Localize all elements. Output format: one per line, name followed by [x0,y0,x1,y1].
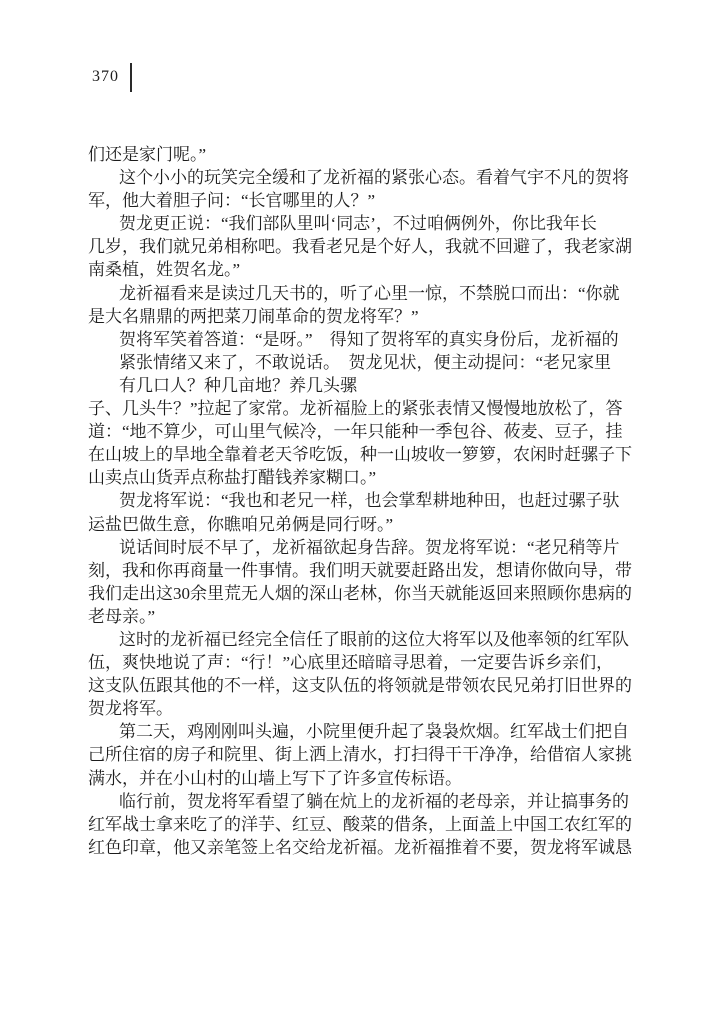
text-line: 这时的龙祈福已经完全信任了眼前的这位大将军以及他率领的红军队 [88,628,636,651]
text-line: 这个小小的玩笑完全缓和了龙祈福的紧张心态。看着气宇不凡的贺将 [88,166,636,189]
text-line: 己所住宿的房子和院里、街上洒上清水，打扫得干干净净，给借宿人家挑 [88,743,636,766]
text-line: 红色印章，他又亲笔签上名交给龙祈福。龙祈福推着不要，贺龙将军诚恳 [88,836,636,859]
book-page: 370 们还是家门呢。”这个小小的玩笑完全缓和了龙祈福的紧张心态。看着气宇不凡的… [0,0,715,1010]
text-line: 伍，爽快地说了声：“行！”心底里还暗暗寻思着，一定要告诉乡亲们， [88,651,636,674]
text-line: 我们走出这30余里荒无人烟的深山老林，你当天就能返回来照顾你患病的 [88,582,636,605]
page-number-block: 370 [92,62,132,92]
text-line: 贺将军笑着答道：“是呀。” 得知了贺将军的真实身份后，龙祈福的 [88,328,636,351]
text-line: 贺龙将军。 [88,697,636,720]
text-line: 军，他大着胆子问：“长官哪里的人？” [88,189,636,212]
text-line: 老母亲。” [88,605,636,628]
page-number: 370 [92,68,119,86]
text-line: 子、几头牛？”拉起了家常。龙祈福脸上的紧张表情又慢慢地放松了，答 [88,397,636,420]
text-line: 南桑植，姓贺名龙。” [88,258,636,281]
text-line: 运盐巴做生意，你瞧咱兄弟俩是同行呀。” [88,513,636,536]
text-line: 山卖点山货弄点称盐打醋钱养家糊口。” [88,466,636,489]
text-line: 说话间时辰不早了，龙祈福欲起身告辞。贺龙将军说：“老兄稍等片 [88,536,636,559]
text-line: 贺龙更正说：“我们部队里叫‘同志’，不过咱俩例外，你比我年长 [88,212,636,235]
text-line: 刻，我和你再商量一件事情。我们明天就要赶路出发，想请你做向导，带 [88,559,636,582]
text-line: 这支队伍跟其他的不一样，这支队伍的将领就是带领农民兄弟打旧世界的 [88,674,636,697]
text-line: 第二天，鸡刚刚叫头遍，小院里便升起了袅袅炊烟。红军战士们把自 [88,720,636,743]
text-line: 有几口人？种几亩地？养几头骡 [88,374,636,397]
page-text: 们还是家门呢。”这个小小的玩笑完全缓和了龙祈福的紧张心态。看着气宇不凡的贺将军，… [88,143,636,859]
text-line: 几岁，我们就兄弟相称吧。我看老兄是个好人，我就不回避了，我老家湖 [88,235,636,258]
text-line: 们还是家门呢。” [88,143,636,166]
text-line: 红军战士拿来吃了的洋芋、红豆、酸菜的借条，上面盖上中国工农红军的 [88,813,636,836]
text-line: 在山坡上的旱地全靠着老天爷吃饭，种一山坡收一箩箩，农闲时赶骡子下 [88,443,636,466]
text-line: 是大名鼎鼎的两把菜刀闹革命的贺龙将军？” [88,305,636,328]
text-line: 道：“地不算少，可山里气候冷，一年只能种一季包谷、莜麦、豆子，挂 [88,420,636,443]
page-number-divider [130,63,132,92]
text-line: 龙祈福看来是读过几天书的，听了心里一惊，不禁脱口而出：“你就 [88,282,636,305]
text-line: 临行前，贺龙将军看望了躺在炕上的龙祈福的老母亲，并让搞事务的 [88,790,636,813]
text-line: 贺龙将军说：“我也和老兄一样，也会掌犁耕地种田，也赶过骡子驮 [88,489,636,512]
text-line: 满水，并在小山村的山墙上写下了许多宣传标语。 [88,767,636,790]
text-line: 紧张情绪又来了，不敢说话。 贺龙见状，便主动提问：“老兄家里 [88,351,636,374]
